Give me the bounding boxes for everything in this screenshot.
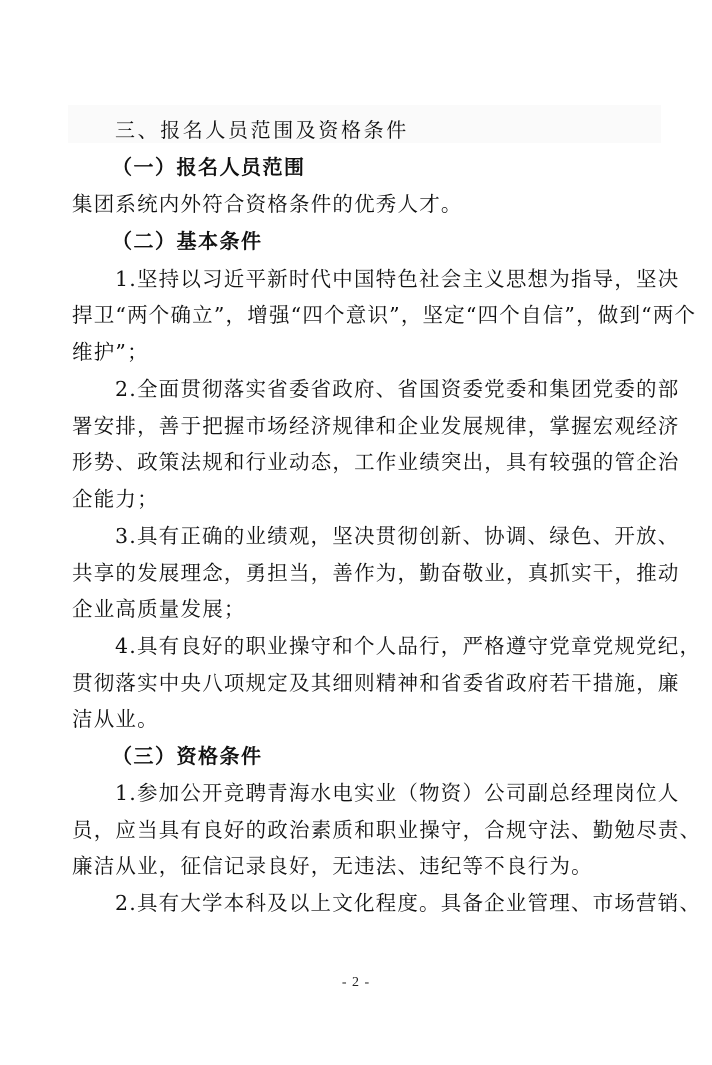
- paragraph-line: 共享的发展理念，勇担当，善作为，勤奋敬业，真抓实干，推动: [72, 558, 660, 588]
- subsection-heading-scope: （一）报名人员范围: [112, 152, 700, 182]
- paragraph-line: 4.具有良好的职业操守和个人品行，严格遵守党章党规党纪，: [115, 631, 660, 661]
- paragraph-line: 2.全面贯彻落实省委省政府、省国资委党委和集团党委的部: [115, 374, 660, 404]
- paragraph-line: 署安排，善于把握市场经济规律和企业发展规律，掌握宏观经济: [72, 411, 660, 441]
- paragraph-line: 贯彻落实中央八项规定及其细则精神和省委省政府若干措施，廉: [72, 668, 660, 698]
- paragraph-line: 3.具有正确的业绩观，坚决贯彻创新、协调、绿色、开放、: [115, 521, 660, 551]
- subsection-heading-basic: （二）基本条件: [112, 226, 700, 256]
- paragraph-line: 2.具有大学本科及以上文化程度。具备企业管理、市场营销、: [115, 888, 660, 918]
- section-heading: 三、报名人员范围及资格条件: [115, 115, 703, 145]
- paragraph-line: 廉洁从业，征信记录良好，无违法、违纪等不良行为。: [72, 851, 660, 881]
- paragraph-line: 维护”；: [72, 337, 660, 367]
- paragraph-line: 捍卫“两个确立”，增强“四个意识”，坚定“四个自信”，做到“两个: [72, 300, 660, 330]
- document-page: 三、报名人员范围及资格条件 （一）报名人员范围 集团系统内外符合资格条件的优秀人…: [0, 0, 712, 1065]
- paragraph-line: 1.坚持以习近平新时代中国特色社会主义思想为指导，坚决: [115, 264, 660, 294]
- paragraph-line: 1.参加公开竞聘青海水电实业（物资）公司副总经理岗位人: [115, 778, 660, 808]
- page-number: - 2 -: [0, 975, 712, 991]
- paragraph-line: 洁从业。: [72, 704, 660, 734]
- paragraph-line: 企能力；: [72, 484, 660, 514]
- paragraph-line: 形势、政策法规和行业动态，工作业绩突出，具有较强的管企治: [72, 447, 660, 477]
- paragraph-line: 集团系统内外符合资格条件的优秀人才。: [72, 189, 660, 219]
- paragraph-line: 企业高质量发展；: [72, 594, 660, 624]
- subsection-heading-qualification: （三）资格条件: [112, 741, 700, 771]
- paragraph-line: 员，应当具有良好的政治素质和职业操守，合规守法、勤勉尽责、: [72, 815, 660, 845]
